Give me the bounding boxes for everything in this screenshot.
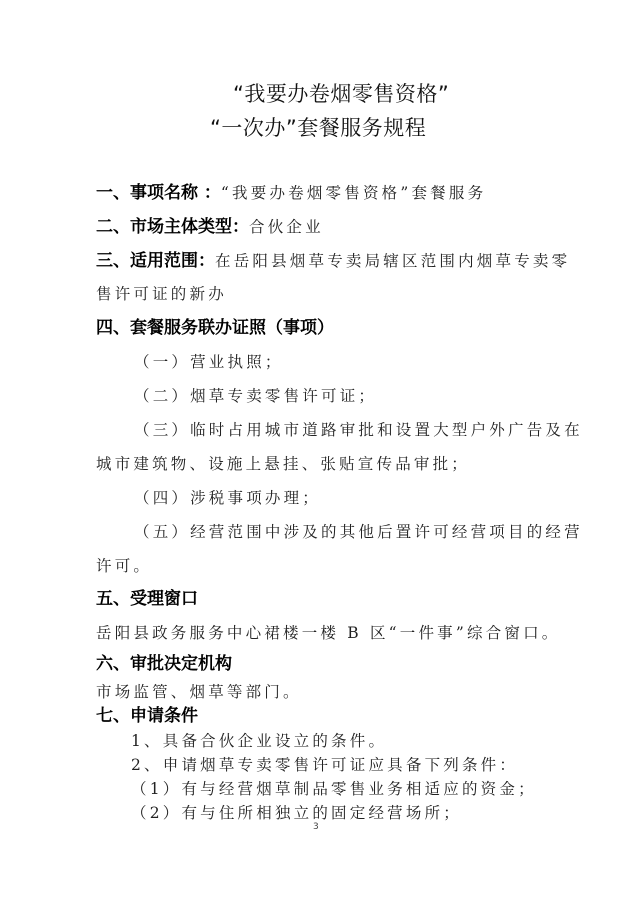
- section-content: 岳阳县政务服务中心裙楼一楼 B 区“一件事”综合窗口。: [96, 626, 561, 642]
- list-item: （2）有与住所相独立的固定经营场所；: [131, 806, 462, 822]
- list-item: （一）营业执照；: [134, 355, 284, 371]
- document-title-line-2: “一次办”套餐服务规程: [210, 118, 426, 139]
- section-scope: 三、适用范围：在岳阳县烟草专卖局辖区范围内烟草专卖零: [96, 253, 570, 270]
- list-item: （三）临时占用城市道路审批和设置大型户外广告及在: [134, 423, 583, 439]
- section-item-name: 一、事项名称 ：“我要办卷烟零售资格”套餐服务: [96, 185, 486, 202]
- list-item: （五）经营范围中涉及的其他后置许可经营项目的经营: [134, 525, 583, 541]
- list-item: 2、申请烟草专卖零售许可证应具备下列条件：: [131, 758, 518, 774]
- section-content: 合伙企业: [249, 218, 324, 236]
- list-item: 1、具备合伙企业设立的条件。: [131, 734, 387, 750]
- list-item-continued: 城市建筑物、设施上悬挂、张贴宣传品审批；: [96, 457, 470, 473]
- section-heading: 三、适用范围：: [96, 251, 215, 271]
- section-heading-approval-authority: 六、审批决定机构: [96, 656, 232, 673]
- list-item: （四）涉税事项办理；: [134, 491, 321, 507]
- list-item: （1）有与经营烟草制品零售业务相适应的资金；: [131, 782, 537, 798]
- section-heading: 二、市场主体类型：: [96, 217, 249, 237]
- list-item-continued: 许可。: [96, 559, 152, 575]
- section-market-entity-type: 二、市场主体类型：合伙企业: [96, 219, 324, 236]
- section-heading-acceptance-window: 五、受理窗口: [96, 591, 198, 608]
- section-content: “我要办卷烟零售资格”套餐服务: [221, 184, 486, 202]
- section-scope-continued: 售许可证的新办: [96, 287, 227, 303]
- document-title-line-1: “我要办卷烟零售资格”: [233, 84, 449, 105]
- section-heading: 一、事项名称 ：: [96, 183, 221, 203]
- section-heading-bundled-licenses: 四、套餐服务联办证照（事项）: [96, 320, 334, 337]
- section-content: 在岳阳县烟草专卖局辖区范围内烟草专卖零: [215, 252, 570, 270]
- section-content: 市场监管、烟草等部门。: [96, 685, 302, 701]
- page-number: 3: [313, 823, 319, 832]
- list-item: （二）烟草专卖零售许可证；: [134, 389, 377, 405]
- document-page: “我要办卷烟零售资格” “一次办”套餐服务规程 一、事项名称 ：“我要办卷烟零售…: [0, 0, 634, 898]
- section-heading-application-conditions: 七、申请条件: [96, 708, 198, 725]
